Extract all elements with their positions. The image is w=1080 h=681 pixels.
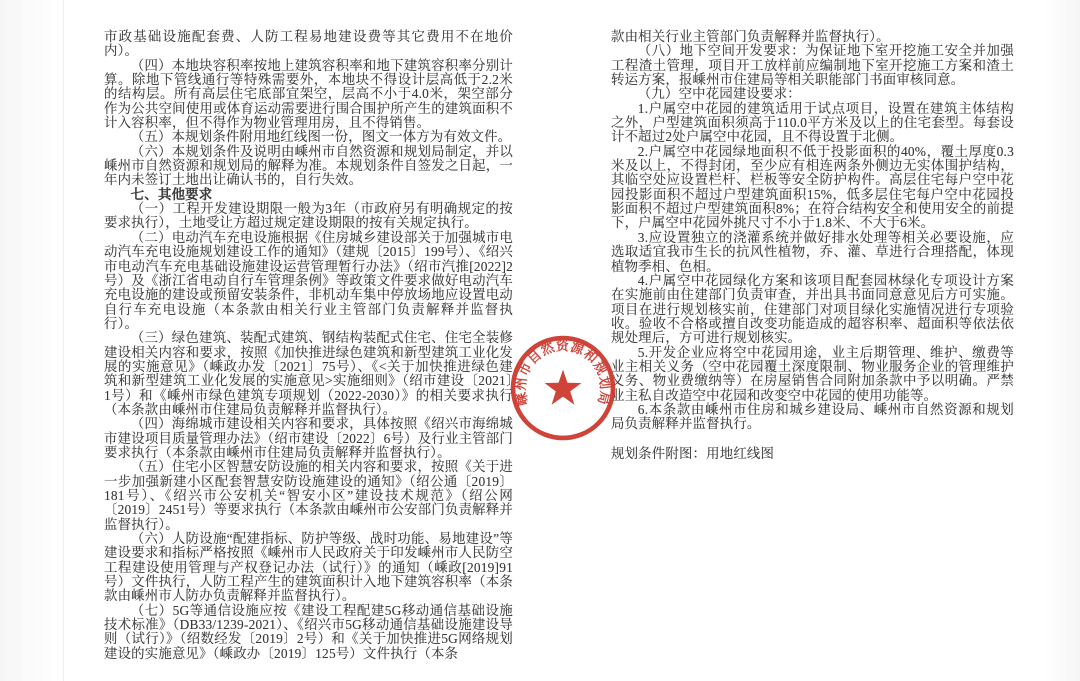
official-seal: 嵊州市自然资源和规划局	[510, 335, 616, 441]
document-paragraph: 3.应设置独立的浇灌系统并做好排水处理等相关必要设施，应选取适宜我市生长的抗风性…	[611, 231, 1014, 274]
document-paragraph: （七）5G等通信设施应按《建设工程配建5G移动通信基础设施技术标准》（DB33/…	[104, 604, 513, 661]
document-paragraph: （九）空中花园建设要求：	[611, 87, 1014, 101]
document-paragraph: （四）本地块容积率按地上建筑容积率和地下建筑容积率分别计算。除地下管线通行等特殊…	[104, 59, 513, 131]
document-paragraph: （六）人防设施“配建指标、防护等级、战时功能、易地建设”等建设要求和指标严格按照…	[104, 532, 513, 604]
document-paragraph: （三）绿色建筑、装配式建筑、钢结构装配式住宅、住宅全装修建设相关内容和要求，按照…	[104, 331, 513, 417]
seal-text: 嵊州市自然资源和规划局	[511, 336, 614, 408]
document-paragraph: 规划条件附图：用地红线图	[611, 447, 1014, 461]
document-paragraph: （二）电动汽车充电设施根据《住房城乡建设部关于加强城市电动汽车充电设施规划建设工…	[104, 231, 513, 331]
document-paragraph: 5.开发企业应将空中花园用途，业主后期管理、维护、缴费等业主相关义务（空中花园覆…	[611, 346, 1014, 403]
document-paragraph: （八）地下空间开发要求：为保证地下室开挖施工安全并加强工程渣土管理，项目开工放样…	[611, 44, 1014, 87]
document-paragraph: （四）海绵城市建设相关内容和要求，具体按照《绍兴市海绵城市建设项目质量管理办法》…	[104, 417, 513, 460]
document-paragraph: 1.户属空中花园的建筑适用于试点项目，设置在建筑主体结构之外，户型建筑面积须高于…	[611, 102, 1014, 145]
document-paragraph: 4.户属空中花园绿化方案和该项目配套园林绿化专项设计方案在实施前由住建部门负责审…	[611, 274, 1014, 346]
document-paragraph: （一）工程开发建设期限一般为3年（市政府另有明确规定的按要求执行），土地受让方超…	[104, 202, 513, 231]
scan-shadow-left	[0, 0, 72, 681]
left-column: 市政基础设施配套费、人防工程易地建设费等其它费用不在地价内）。（四）本地块容积率…	[104, 30, 513, 661]
right-column: 款由相关行业主管部门负责解释并监督执行）。（八）地下空间开发要求：为保证地下室开…	[611, 30, 1014, 461]
document-page: { "page": { "background_color": "#ffffff…	[0, 0, 1080, 681]
document-paragraph: 市政基础设施配套费、人防工程易地建设费等其它费用不在地价内）。	[104, 30, 513, 59]
document-paragraph: 七、其他要求	[104, 188, 513, 202]
document-paragraph: 6.本条款由嵊州市住房和城乡建设局、嵊州市自然资源和规划局负责解释并监督执行。	[611, 403, 1014, 432]
document-paragraph: （六）本规划条件及说明由嵊州市自然资源和规划局制定，并以嵊州市自然资源和规划局的…	[104, 145, 513, 188]
document-paragraph: 2.户属空中花园绿地面积不低于投影面积的40%，覆土厚度0.3米及以上，不得封闭…	[611, 145, 1014, 231]
document-paragraph: （五）本规划条件附用地红线图一份，图文一体方为有效文件。	[104, 130, 513, 144]
seal-ring	[513, 338, 613, 438]
document-paragraph: （五）住宅小区智慧安防设施的相关内容和要求，按照《关于进一步加强新建小区配套智慧…	[104, 460, 513, 532]
scan-fold-line	[63, 0, 64, 681]
star-icon	[545, 370, 582, 405]
scan-shadow-right	[1034, 0, 1080, 681]
